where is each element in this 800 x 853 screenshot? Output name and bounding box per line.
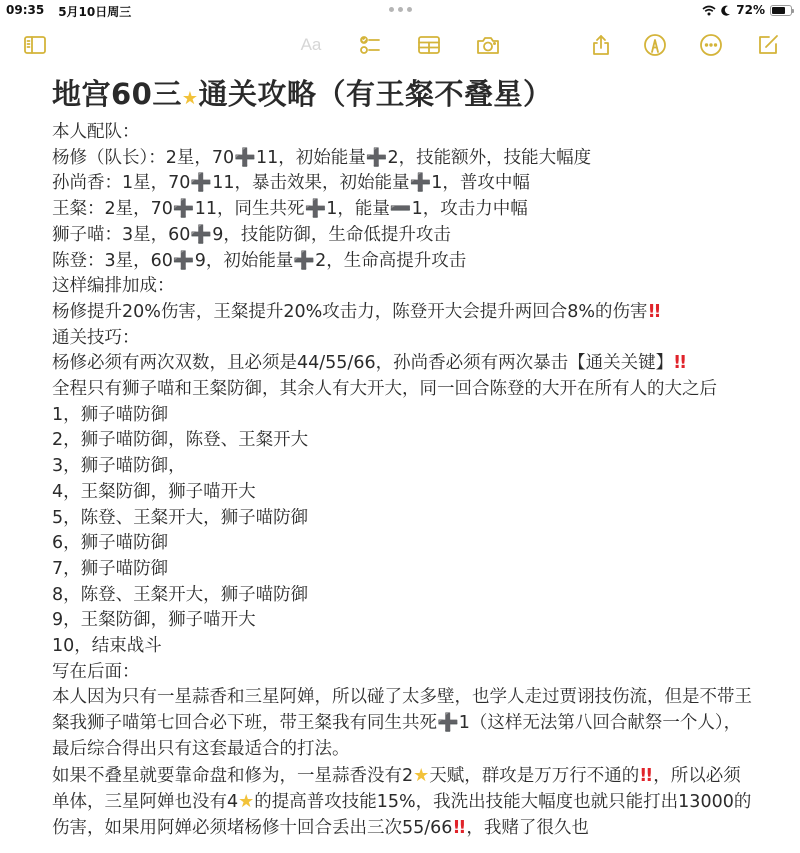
more-button[interactable]: [697, 31, 725, 59]
markup-button[interactable]: [641, 31, 669, 59]
team-member-sunshangxiang: 孙尚香：1星，70➕11，暴击效果，初始能量➕1，普攻中幅: [52, 171, 772, 197]
afterword-paragraph-1: 本人因为只有一星蒜香和三星阿婵，所以碰了太多壁，也学人走过贾诩技伤流，但是不带王…: [52, 685, 752, 762]
table-icon: [417, 33, 441, 57]
checklist-button[interactable]: [356, 31, 384, 59]
round-7: 7，狮子喵防御: [52, 557, 772, 583]
share-button[interactable]: [587, 31, 615, 59]
round-3: 3，狮子喵防御，: [52, 454, 772, 480]
sidebar-icon: [23, 33, 47, 57]
status-date: 5月10日周三: [58, 3, 131, 20]
battery-icon: [770, 5, 792, 16]
star-icon: ★: [238, 791, 254, 812]
moon-icon: [721, 5, 731, 16]
bonus-header: 这样编排加成：: [52, 274, 772, 300]
round-9: 9，王粲防御，狮子喵开大: [52, 608, 772, 634]
multitasking-dots-icon[interactable]: [389, 7, 412, 12]
round-5: 5，陈登、王粲开大，狮子喵防御: [52, 506, 772, 532]
round-6: 6，狮子喵防御: [52, 531, 772, 557]
note-body[interactable]: 地宫60三★通关攻略（有王粲不叠星） 本人配队： 杨修（队长）：2星，70➕11…: [52, 72, 772, 842]
status-bar: 09:35 5月10日周三 72%: [0, 0, 800, 20]
tip-1: 杨修必须有两次双数，且必须是44/55/66，孙尚香必须有两次暴击【通关关键】!…: [52, 351, 772, 377]
round-1: 1，狮子喵防御: [52, 403, 772, 429]
double-exclamation-icon: !!: [639, 766, 651, 786]
round-2: 2，狮子喵防御，陈登、王粲开大: [52, 428, 772, 454]
text-format-button[interactable]: Aa: [297, 31, 325, 59]
tips-header: 通关技巧：: [52, 326, 772, 352]
note-title: 地宫60三★通关攻略（有王粲不叠星）: [52, 72, 772, 120]
team-member-yangxiu: 杨修（队长）：2星，70➕11，初始能量➕2，技能额外，技能大幅度: [52, 146, 772, 172]
round-4: 4，王粲防御，狮子喵开大: [52, 480, 772, 506]
afterword-header: 写在后面：: [52, 660, 772, 686]
camera-button[interactable]: [474, 31, 502, 59]
markup-icon: [643, 33, 667, 57]
compose-button[interactable]: [754, 31, 782, 59]
status-time: 09:35: [6, 3, 44, 20]
round-10: 10，结束战斗: [52, 634, 772, 660]
team-member-chendeng: 陈登：3星，60➕9，初始能量➕2，生命高提升攻击: [52, 249, 772, 275]
share-icon: [589, 33, 613, 57]
battery-percent: 72%: [736, 3, 765, 17]
round-8: 8，陈登、王粲开大，狮子喵防御: [52, 583, 772, 609]
double-exclamation-icon: !!: [648, 302, 660, 322]
double-exclamation-icon: !!: [673, 353, 685, 373]
notes-toolbar: Aa: [0, 28, 800, 62]
checklist-icon: [358, 33, 382, 57]
star-icon: ★: [182, 88, 199, 109]
double-exclamation-icon: !!: [452, 818, 464, 838]
star-icon: ★: [413, 765, 429, 786]
text-format-icon: Aa: [301, 35, 322, 55]
team-member-shizimiao: 狮子喵：3星，60➕9，技能防御，生命低提升攻击: [52, 223, 772, 249]
team-header: 本人配队：: [52, 120, 772, 146]
bonus-text: 杨修提升20%伤害，王粲提升20%攻击力，陈登开大会提升两回合8%的伤害!!: [52, 300, 772, 326]
team-member-wangcan: 王粲：2星，70➕11，同生共死➕1，能量➖1，攻击力中幅: [52, 197, 772, 223]
table-button[interactable]: [415, 31, 443, 59]
sidebar-toggle-button[interactable]: [21, 31, 49, 59]
tip-2: 全程只有狮子喵和王粲防御，其余人有大开大，同一回合陈登的大开在所有人的大之后: [52, 377, 752, 403]
wifi-icon: [702, 5, 716, 16]
more-icon: [699, 33, 723, 57]
camera-icon: [476, 33, 500, 57]
afterword-paragraph-2: 如果不叠星就要靠命盘和修为，一星蒜香没有2★天赋，群攻是万万行不通的!!，所以必…: [52, 763, 752, 842]
compose-icon: [756, 33, 780, 57]
